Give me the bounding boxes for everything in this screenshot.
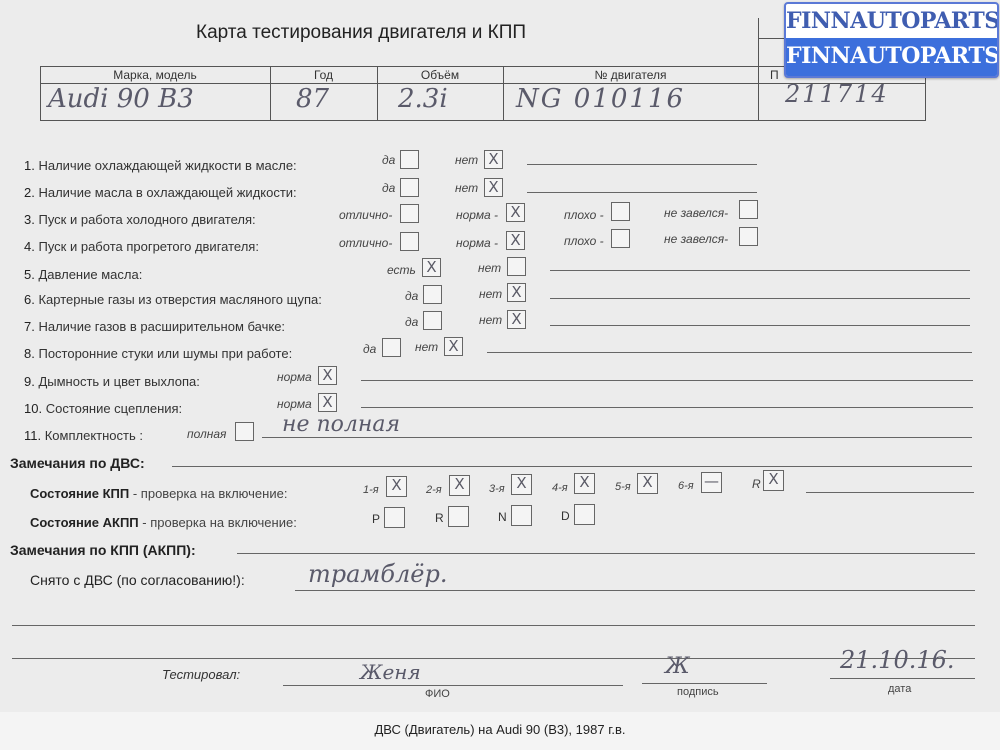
q4-opt-not-started-label: не завелся- — [664, 232, 728, 246]
value-p: 211714 — [785, 80, 889, 108]
question-1: 1. Наличие охлаждающей жидкости в масле: — [24, 158, 297, 173]
q7-notes-line[interactable] — [550, 325, 970, 326]
question-4: 4. Пуск и работа прогретого двигателя: — [24, 239, 259, 254]
date-line[interactable] — [830, 678, 975, 679]
q11-complete-checkbox[interactable] — [235, 422, 254, 441]
q5-opt-yes-label: есть — [387, 263, 416, 277]
kpp-remarks-label: Замечания по КПП (АКПП): — [10, 542, 196, 558]
engine-remarks-label: Замечания по ДВС: — [10, 455, 145, 471]
question-8: 8. Посторонние стуки или шумы при работе… — [24, 346, 292, 361]
q4-bad-checkbox[interactable] — [611, 229, 630, 248]
gear-5-label: 5-я — [615, 481, 631, 493]
q10-normal-checkbox[interactable]: X — [318, 393, 337, 412]
signature-line[interactable] — [642, 683, 767, 684]
card-title: Карта тестирования двигателя и КПП — [196, 22, 526, 44]
blank-line-2[interactable] — [12, 658, 975, 659]
q5-yes-checkbox[interactable]: X — [422, 258, 441, 277]
q2-notes-line[interactable] — [527, 192, 757, 193]
akpp-r-checkbox[interactable] — [448, 506, 469, 527]
removed-label: Снято с ДВС (по согласованию!): — [30, 572, 245, 588]
q3-normal-checkbox[interactable]: X — [506, 203, 525, 222]
q5-notes-line[interactable] — [550, 270, 970, 271]
q8-yes-checkbox[interactable] — [382, 338, 401, 357]
q1-notes-line[interactable] — [527, 164, 757, 165]
gear-6-checkbox[interactable]: — — [701, 472, 722, 493]
value-engine-number: NG 010116 — [516, 84, 685, 114]
test-card-document: Карта тестирования двигателя и КПП Марка… — [0, 0, 1000, 712]
watermark-line-2: FINNAUTOPARTS — [786, 38, 997, 76]
signature-mark: Ж — [665, 654, 690, 679]
gear-1-checkbox[interactable]: X — [386, 476, 407, 497]
signature-caption: подпись — [677, 686, 719, 698]
col-header-p: П — [770, 68, 779, 82]
question-5: 5. Давление масла: — [24, 267, 142, 282]
question-2: 2. Наличие масла в охлаждающей жидкости: — [24, 185, 297, 200]
col-header-engine-number: № двигателя — [503, 68, 758, 82]
gear-4-label: 4-я — [552, 482, 568, 494]
gear-2-checkbox[interactable]: X — [449, 475, 470, 496]
q2-no-checkbox[interactable]: X — [484, 178, 503, 197]
q4-normal-checkbox[interactable]: X — [506, 231, 525, 250]
akpp-n-checkbox[interactable] — [511, 505, 532, 526]
q6-no-checkbox[interactable]: X — [507, 283, 526, 302]
q6-yes-checkbox[interactable] — [423, 285, 442, 304]
q9-notes-line[interactable] — [361, 380, 973, 381]
question-9: 9. Дымность и цвет выхлопа: — [24, 374, 200, 389]
q10-notes-line[interactable] — [361, 407, 973, 408]
q2-opt-yes-label: да — [382, 181, 395, 195]
date-caption: дата — [888, 683, 911, 695]
gear-r-label: R — [752, 477, 761, 491]
q7-yes-checkbox[interactable] — [423, 311, 442, 330]
q8-opt-no-label: нет — [415, 340, 438, 354]
image-caption: ДВС (Двигатель) на Audi 90 (B3), 1987 г.… — [0, 722, 1000, 737]
finnautoparts-watermark: FINNAUTOPARTS FINNAUTOPARTS — [784, 2, 999, 78]
q1-no-checkbox[interactable]: X — [484, 150, 503, 169]
q11-opt-complete-label: полная — [187, 427, 226, 441]
gear-2-label: 2-я — [426, 484, 442, 496]
value-year: 87 — [296, 84, 329, 114]
removed-line[interactable] — [295, 590, 975, 591]
q3-opt-bad-label: плохо - — [564, 208, 604, 222]
q8-no-checkbox[interactable]: X — [444, 337, 463, 356]
blank-line-1[interactable] — [12, 625, 975, 626]
akpp-n-label: N — [498, 510, 507, 524]
q3-opt-not-started-label: не завелся- — [664, 206, 728, 220]
q4-not-started-checkbox[interactable] — [739, 227, 758, 246]
q9-normal-checkbox[interactable]: X — [318, 366, 337, 385]
akpp-p-label: P — [372, 512, 380, 526]
name-line[interactable] — [283, 685, 623, 686]
q6-opt-yes-label: да — [405, 289, 418, 303]
question-6: 6. Картерные газы из отверстия масляного… — [24, 292, 322, 307]
gear-1-label: 1-я — [363, 484, 379, 496]
q7-opt-no-label: нет — [479, 313, 502, 327]
q4-opt-excellent-label: отлично- — [339, 236, 392, 250]
gear-5-checkbox[interactable]: X — [637, 473, 658, 494]
q11-note-value: не полная — [282, 412, 400, 437]
value-make-model: Audi 90 B3 — [48, 84, 194, 114]
q4-opt-bad-label: плохо - — [564, 234, 604, 248]
q10-opt-normal-label: норма — [277, 397, 312, 411]
akpp-p-checkbox[interactable] — [384, 507, 405, 528]
akpp-label: Состояние АКПП - проверка на включение: — [30, 515, 297, 530]
removed-value: трамблёр. — [308, 560, 447, 588]
akpp-d-label: D — [561, 509, 570, 523]
question-10: 10. Состояние сцепления: — [24, 401, 182, 416]
akpp-d-checkbox[interactable] — [574, 504, 595, 525]
date-value: 21.10.16. — [840, 646, 955, 674]
question-11: 11. Комплектность : — [24, 428, 143, 443]
q1-yes-checkbox[interactable] — [400, 150, 419, 169]
q11-notes-line[interactable] — [262, 437, 972, 438]
col-header-year: Год — [270, 68, 377, 82]
q3-opt-excellent-label: отлично- — [339, 208, 392, 222]
q2-yes-checkbox[interactable] — [400, 178, 419, 197]
kpp-label: Состояние КПП - проверка на включение: — [30, 486, 287, 501]
gear-3-checkbox[interactable]: X — [511, 474, 532, 495]
q5-no-checkbox[interactable] — [507, 257, 526, 276]
engine-remarks-line[interactable] — [172, 466, 972, 467]
question-7: 7. Наличие газов в расширительном бачке: — [24, 319, 285, 334]
watermark-line-1: FINNAUTOPARTS — [786, 4, 997, 38]
q1-opt-no-label: нет — [455, 153, 478, 167]
kpp-notes-line[interactable] — [806, 492, 974, 493]
gear-3-label: 3-я — [489, 483, 505, 495]
value-volume: 2.3i — [398, 84, 448, 114]
gear-4-checkbox[interactable]: X — [574, 473, 595, 494]
q9-opt-normal-label: норма — [277, 370, 312, 384]
q6-opt-no-label: нет — [479, 287, 502, 301]
q7-no-checkbox[interactable]: X — [507, 310, 526, 329]
q8-opt-yes-label: да — [363, 342, 376, 356]
q8-notes-line[interactable] — [487, 352, 972, 353]
akpp-r-label: R — [435, 511, 444, 525]
kpp-remarks-line[interactable] — [237, 553, 975, 554]
tester-name-value: Женя — [360, 660, 421, 684]
gear-r-checkbox[interactable]: X — [763, 470, 784, 491]
q4-opt-normal-label: норма - — [456, 236, 498, 250]
q1-opt-yes-label: да — [382, 153, 395, 167]
q7-opt-yes-label: да — [405, 315, 418, 329]
q4-excellent-checkbox[interactable] — [400, 232, 419, 251]
q3-excellent-checkbox[interactable] — [400, 204, 419, 223]
q3-opt-normal-label: норма - — [456, 208, 498, 222]
q3-bad-checkbox[interactable] — [611, 202, 630, 221]
gear-6-label: 6-я — [678, 480, 694, 492]
q5-opt-no-label: нет — [478, 261, 501, 275]
q2-opt-no-label: нет — [455, 181, 478, 195]
name-caption: ФИО — [425, 688, 450, 700]
question-3: 3. Пуск и работа холодного двигателя: — [24, 212, 256, 227]
q3-not-started-checkbox[interactable] — [739, 200, 758, 219]
col-header-volume: Объём — [377, 68, 503, 82]
col-header-make-model: Марка, модель — [40, 68, 270, 82]
q6-notes-line[interactable] — [550, 298, 970, 299]
tested-by-label: Тестировал: — [162, 667, 240, 682]
